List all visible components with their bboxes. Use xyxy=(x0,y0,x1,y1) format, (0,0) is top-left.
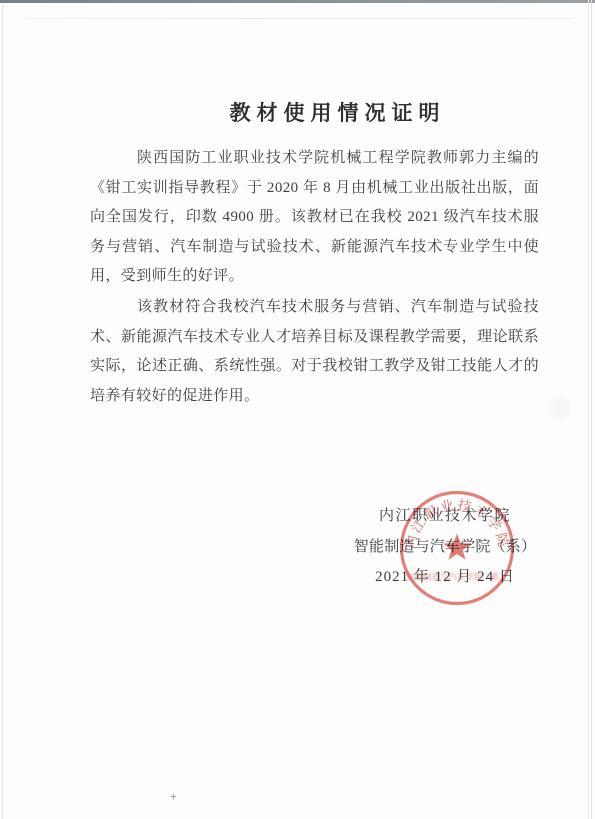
seal-star-icon xyxy=(443,534,471,560)
seal-inner-text: 智能制造与汽车学院（系） xyxy=(406,572,508,582)
scan-left-edge xyxy=(2,5,3,819)
paper-fold-line xyxy=(25,18,573,19)
official-seal-stamp: 内江职业技术学院 智能制造与汽车学院（系） xyxy=(395,486,519,610)
scanned-certificate-page: + 教材使用情况证明 陕西国防工业职业技术学院机械工程学院教师郭力主编的《钳工实… xyxy=(0,0,595,819)
scan-top-edge xyxy=(0,0,595,3)
paragraph-usage: 陕西国防工业职业技术学院机械工程学院教师郭力主编的《钳工实训指导教程》于 202… xyxy=(90,144,539,292)
document-title: 教材使用情况证明 xyxy=(80,97,595,127)
document-body: 陕西国防工业职业技术学院机械工程学院教师郭力主编的《钳工实训指导教程》于 202… xyxy=(90,144,539,411)
scan-plus-artifact: + xyxy=(170,790,177,803)
paper-smudge xyxy=(548,394,570,422)
paragraph-evaluation: 该教材符合我校汽车技术服务与营销、汽车制造与试验技术、新能源汽车技术专业人才培养… xyxy=(90,293,539,411)
